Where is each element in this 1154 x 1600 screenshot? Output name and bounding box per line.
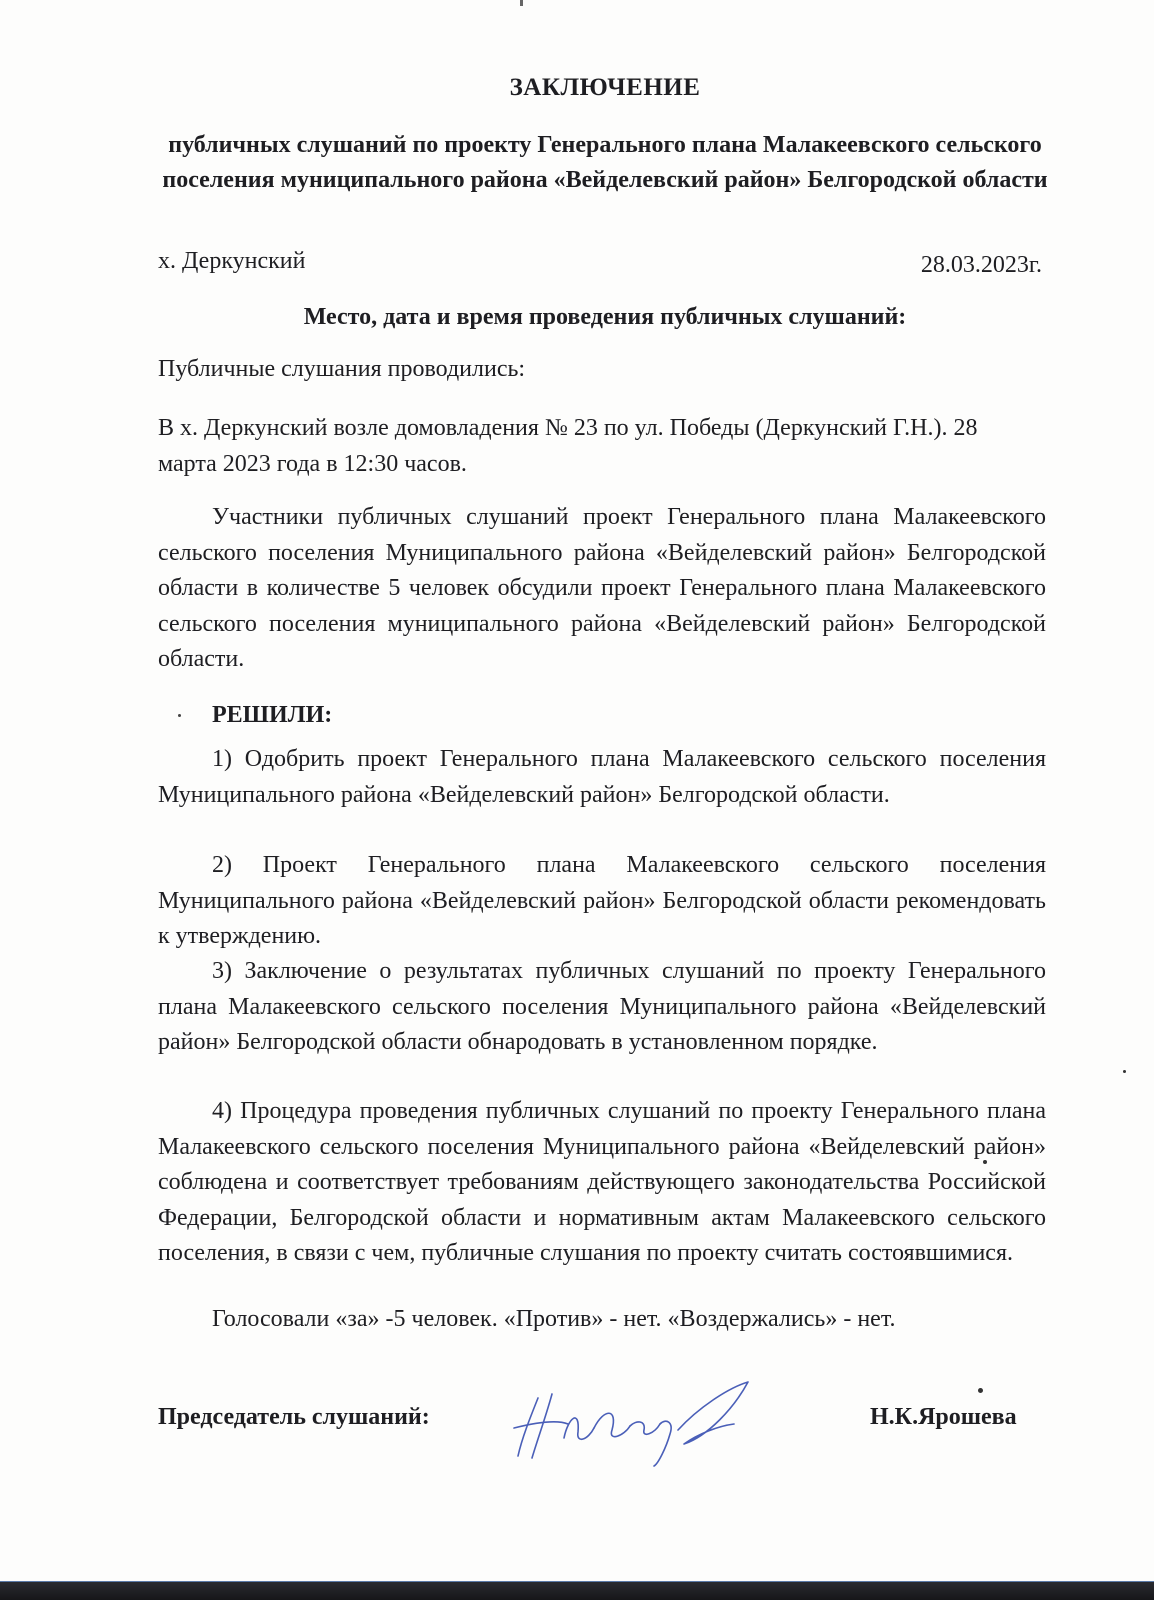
decision-item: 4) Процедура проведения публичных слушан… xyxy=(158,1094,1046,1272)
document-title: ЗАКЛЮЧЕНИЕ xyxy=(0,74,1154,102)
bullet-mark xyxy=(178,714,181,717)
section-heading: Место, дата и время проведения публичных… xyxy=(0,304,1154,331)
decision-item: 2) Проект Генерального плана Малакеевско… xyxy=(158,848,1046,955)
resolved-heading: РЕШИЛИ: xyxy=(212,702,332,729)
scan-speck xyxy=(983,1160,987,1164)
scan-artifact xyxy=(520,0,523,6)
signature-image xyxy=(508,1378,768,1468)
scanned-document-page: ЗАКЛЮЧЕНИЕ публичных слушаний по проекту… xyxy=(0,0,1154,1600)
scan-speck xyxy=(978,1388,983,1393)
chair-name: Н.К.Ярошева xyxy=(870,1404,1017,1431)
participants-paragraph: Участники публичных слушаний проект Гене… xyxy=(158,500,1046,678)
document-place: х. Деркунский xyxy=(158,248,305,275)
decision-item: 3) Заключение о результатах публичных сл… xyxy=(158,954,1046,1061)
document-subtitle: публичных слушаний по проекту Генерально… xyxy=(160,128,1050,198)
location-text: В х. Деркунский возле домовладения № 23 … xyxy=(158,410,1038,482)
decision-item: 1) Одобрить проект Генерального плана Ма… xyxy=(158,742,1046,813)
vote-result: Голосовали «за» -5 человек. «Против» - н… xyxy=(212,1306,896,1333)
chair-label: Председатель слушаний: xyxy=(158,1404,430,1431)
document-date: 28.03.2023г. xyxy=(921,252,1042,279)
scanner-edge-bar xyxy=(0,1581,1154,1600)
held-label: Публичные слушания проводились: xyxy=(158,356,525,383)
scan-speck xyxy=(1123,1070,1126,1073)
